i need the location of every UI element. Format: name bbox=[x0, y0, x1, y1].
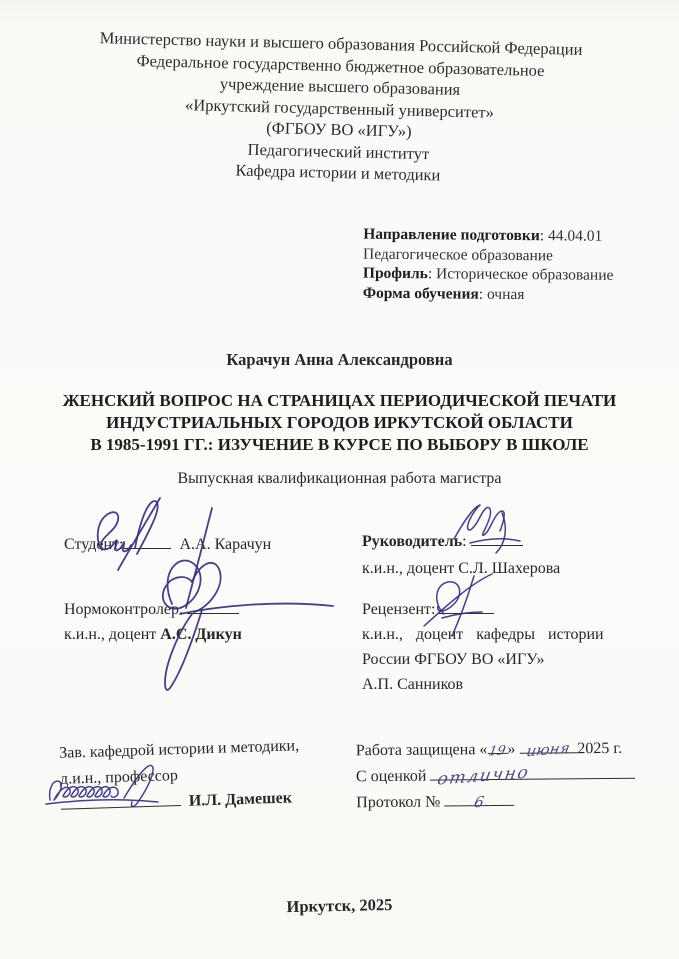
program-direction-value2: Педагогическое образование bbox=[363, 244, 665, 266]
protocol-handwritten: 6 bbox=[473, 795, 485, 811]
thesis-title-line1: ЖЕНСКИЙ ВОПРОС НА СТРАНИЦАХ ПЕРИОДИЧЕСКО… bbox=[0, 390, 679, 412]
thesis-title-page: Министерство науки и высшего образования… bbox=[0, 0, 679, 959]
student-name: А.А. Карачун bbox=[179, 536, 271, 553]
program-profile-value: : Историческое образование bbox=[428, 265, 614, 284]
normcontrol-info-prefix: к.и.н., доцент bbox=[64, 626, 160, 643]
supervisor-block: Руководитель: к.и.н., доцент С.Л. Шахеро… bbox=[362, 528, 560, 582]
supervisor-colon: : bbox=[462, 533, 466, 550]
normcontrol-signature-row: Нормоконтролер: bbox=[64, 597, 242, 622]
defense-record-block: Работа защищена «19» июня2025 г. С оценк… bbox=[356, 736, 636, 816]
normcontrol-name: А.С. Дикун bbox=[160, 626, 242, 643]
defended-prefix: Работа защищена « bbox=[356, 741, 488, 759]
author-name: Карачун Анна Александровна bbox=[0, 350, 679, 370]
organization-header: Министерство науки и высшего образования… bbox=[0, 25, 679, 192]
reviewer-info-line2: России ФГБОУ ВО «ИГУ» bbox=[362, 647, 604, 672]
reviewer-block: Рецензент: к.и.н., доцент кафедры истори… bbox=[362, 597, 604, 697]
defended-suffix: 2025 г. bbox=[577, 740, 622, 757]
supervisor-signature-row: Руководитель: bbox=[362, 528, 560, 555]
defended-close-quote: » bbox=[507, 741, 515, 758]
program-form: Форма обучения: очная bbox=[363, 283, 665, 305]
grade-line: отлично bbox=[430, 762, 635, 781]
department-head-name: И.Л. Дамешек bbox=[189, 789, 293, 809]
supervisor-signature-line bbox=[471, 529, 523, 546]
protocol-label: Протокол № bbox=[356, 793, 440, 811]
reviewer-label: Рецензент: bbox=[362, 601, 435, 618]
defended-day-line: 19 bbox=[487, 737, 507, 754]
supervisor-label: Руководитель bbox=[362, 533, 462, 550]
grade-row: С оценкой отлично bbox=[356, 762, 636, 790]
work-type-subtitle: Выпускная квалификационная работа магист… bbox=[0, 470, 679, 488]
reviewer-signature-row: Рецензент: bbox=[362, 597, 604, 622]
thesis-title: ЖЕНСКИЙ ВОПРОС НА СТРАНИЦАХ ПЕРИОДИЧЕСКО… bbox=[0, 390, 679, 456]
defended-month-line: июня bbox=[519, 736, 577, 754]
thesis-title-line2: ИНДУСТРИАЛЬНЫХ ГОРОДОВ ИРКУТСКОЙ ОБЛАСТИ bbox=[0, 412, 679, 434]
program-form-value: : очная bbox=[479, 285, 525, 302]
normcontrol-signature-line bbox=[187, 597, 239, 614]
defended-month-handwritten: июня bbox=[525, 741, 571, 759]
student-signature-line bbox=[123, 532, 171, 549]
reviewer-name: А.П. Санников bbox=[362, 672, 604, 697]
supervisor-info: к.и.н., доцент С.Л. Шахерова bbox=[362, 555, 560, 582]
thesis-title-line3: В 1985-1991 ГГ.: ИЗУЧЕНИЕ В КУРСЕ ПО ВЫБ… bbox=[0, 434, 679, 456]
program-direction: Направление подготовки: 44.04.01 bbox=[363, 225, 665, 247]
defended-row: Работа защищена «19» июня2025 г. bbox=[356, 736, 636, 764]
normcontrol-block: Нормоконтролер: к.и.н., доцент А.С. Дику… bbox=[64, 597, 242, 647]
program-direction-value: : 44.04.01 bbox=[540, 227, 603, 245]
student-label: Студент: bbox=[64, 536, 123, 553]
grade-handwritten: отлично bbox=[436, 765, 531, 789]
city-year-footer: Иркутск, 2025 bbox=[0, 889, 679, 923]
normcontrol-info: к.и.н., доцент А.С. Дикун bbox=[64, 622, 242, 647]
student-signature-row: Студент:А.А. Карачун bbox=[64, 532, 271, 554]
program-profile-label: Профиль bbox=[363, 265, 428, 283]
program-direction-label: Направление подготовки bbox=[363, 226, 540, 245]
protocol-line: 6 bbox=[444, 789, 514, 807]
program-profile: Профиль: Историческое образование bbox=[363, 264, 665, 286]
normcontrol-label: Нормоконтролер: bbox=[64, 601, 183, 618]
reviewer-signature-line bbox=[439, 597, 494, 614]
department-head-signature-line bbox=[60, 789, 180, 810]
program-form-label: Форма обучения bbox=[363, 284, 479, 302]
protocol-row: Протокол № 6 bbox=[356, 788, 636, 816]
reviewer-info-line1: к.и.н., доцент кафедры истории bbox=[362, 622, 604, 647]
department-head-block: Зав. кафедрой истории и методики, д.и.н.… bbox=[59, 733, 301, 818]
defended-day-handwritten: 19 bbox=[488, 744, 507, 758]
grade-label: С оценкой bbox=[356, 768, 427, 786]
program-info: Направление подготовки: 44.04.01 Педагог… bbox=[363, 225, 666, 306]
